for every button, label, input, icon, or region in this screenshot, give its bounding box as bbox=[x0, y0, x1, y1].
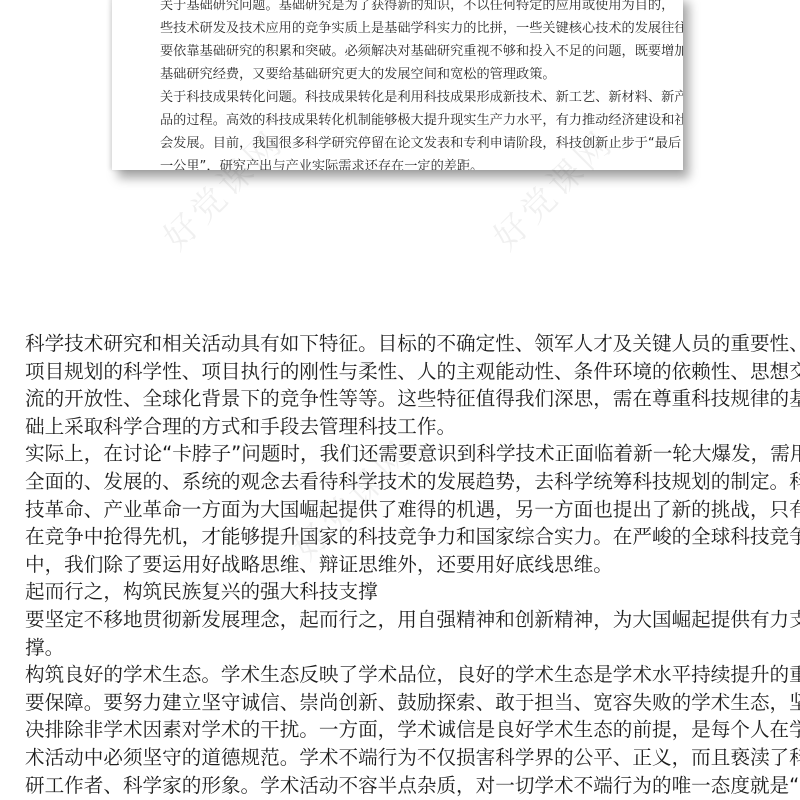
body-line: 要坚定不移地贯彻新发展理念，起而行之，用自强精神和创新精神，为大国崛起提供有力支 bbox=[25, 606, 785, 634]
body-line: 在竞争中抢得先机，才能够提升国家的科技竞争力和国家综合实力。在严峻的全球科技竞争 bbox=[25, 523, 785, 551]
card-line: 要依靠基础研究的积累和突破。必须解决对基础研究重视不够和投入不足的问题，既要增加 bbox=[160, 40, 672, 63]
body-line: 全面的、发展的、系统的观念去看待科学技术的发展趋势，去科学统筹科技规划的制定。科 bbox=[25, 468, 785, 496]
card-line: 关于科技成果转化问题。科技成果转化是利用科技成果形成新技术、新工艺、新材料、新产 bbox=[160, 86, 672, 109]
card-text-block: 关于基础研究问题。基础研究是为了获得新的知识，不以任何特定的应用或使用为目的， … bbox=[160, 0, 672, 170]
body-line: 技革命、产业革命一方面为大国崛起提供了难得的机遇，另一方面也提出了新的挑战，只有 bbox=[25, 496, 785, 524]
body-line: 础上采取科学合理的方式和手段去管理科技工作。 bbox=[25, 413, 785, 441]
card-line: 品的过程。高效的科技成果转化机制能够极大提升现实生产力水平，有力推动经济建设和社 bbox=[160, 109, 672, 132]
card-line: 会发展。目前，我国很多科学研究停留在论文发表和专利申请阶段，科技创新止步于“最后 bbox=[160, 132, 672, 155]
body-line: 术活动中必须坚守的道德规范。学术不端行为不仅损害科学界的公平、正义，而且亵渎了科 bbox=[25, 744, 785, 772]
card-line: 关于基础研究问题。基础研究是为了获得新的知识，不以任何特定的应用或使用为目的， bbox=[160, 0, 672, 17]
body-line: 实际上，在讨论“卡脖子”问题时，我们还需要意识到科学技术正面临着新一轮大爆发，需… bbox=[25, 440, 785, 468]
body-line: 流的开放性、全球化背景下的竞争性等等。这些特征值得我们深思，需在尊重科技规律的基 bbox=[25, 385, 785, 413]
body-line: 决排除非学术因素对学术的干扰。一方面，学术诚信是良好学术生态的前提，是每个人在学 bbox=[25, 716, 785, 744]
body-line: 中，我们除了要运用好战略思维、辩证思维外，还要用好底线思维。 bbox=[25, 551, 785, 579]
body-line: 项目规划的科学性、项目执行的刚性与柔性、人的主观能动性、条件环境的依赖性、思想交 bbox=[25, 358, 785, 386]
embedded-document-card: 关于基础研究问题。基础研究是为了获得新的知识，不以任何特定的应用或使用为目的， … bbox=[112, 0, 683, 170]
card-line: 些技术研发及技术应用的竞争实质上是基础学科实力的比拼，一些关键核心技术的发展往往 bbox=[160, 17, 672, 40]
body-line: 研工作者、科学家的形象。学术活动不容半点杂质，对一切学术不端行为的唯一态度就是“… bbox=[25, 772, 785, 800]
body-line: 撑。 bbox=[25, 634, 785, 662]
body-line: 要保障。要努力建立坚守诚信、崇尚创新、鼓励探索、敢于担当、宽容失败的学术生态，坚 bbox=[25, 689, 785, 717]
document-body: 科学技术研究和相关活动具有如下特征。目标的不确定性、领军人才及关键人员的重要性、… bbox=[25, 330, 785, 799]
body-line: 构筑良好的学术生态。学术生态反映了学术品位，良好的学术生态是学术水平持续提升的重 bbox=[25, 661, 785, 689]
card-line: 一公里”，研究产出与产业实际需求还存在一定的差距。 bbox=[160, 155, 672, 170]
section-heading: 起而行之，构筑民族复兴的强大科技支撑 bbox=[25, 578, 785, 606]
card-line: 基础研究经费，又要给基础研究更大的发展空间和宽松的管理政策。 bbox=[160, 63, 672, 86]
body-line: 科学技术研究和相关活动具有如下特征。目标的不确定性、领军人才及关键人员的重要性、 bbox=[25, 330, 785, 358]
